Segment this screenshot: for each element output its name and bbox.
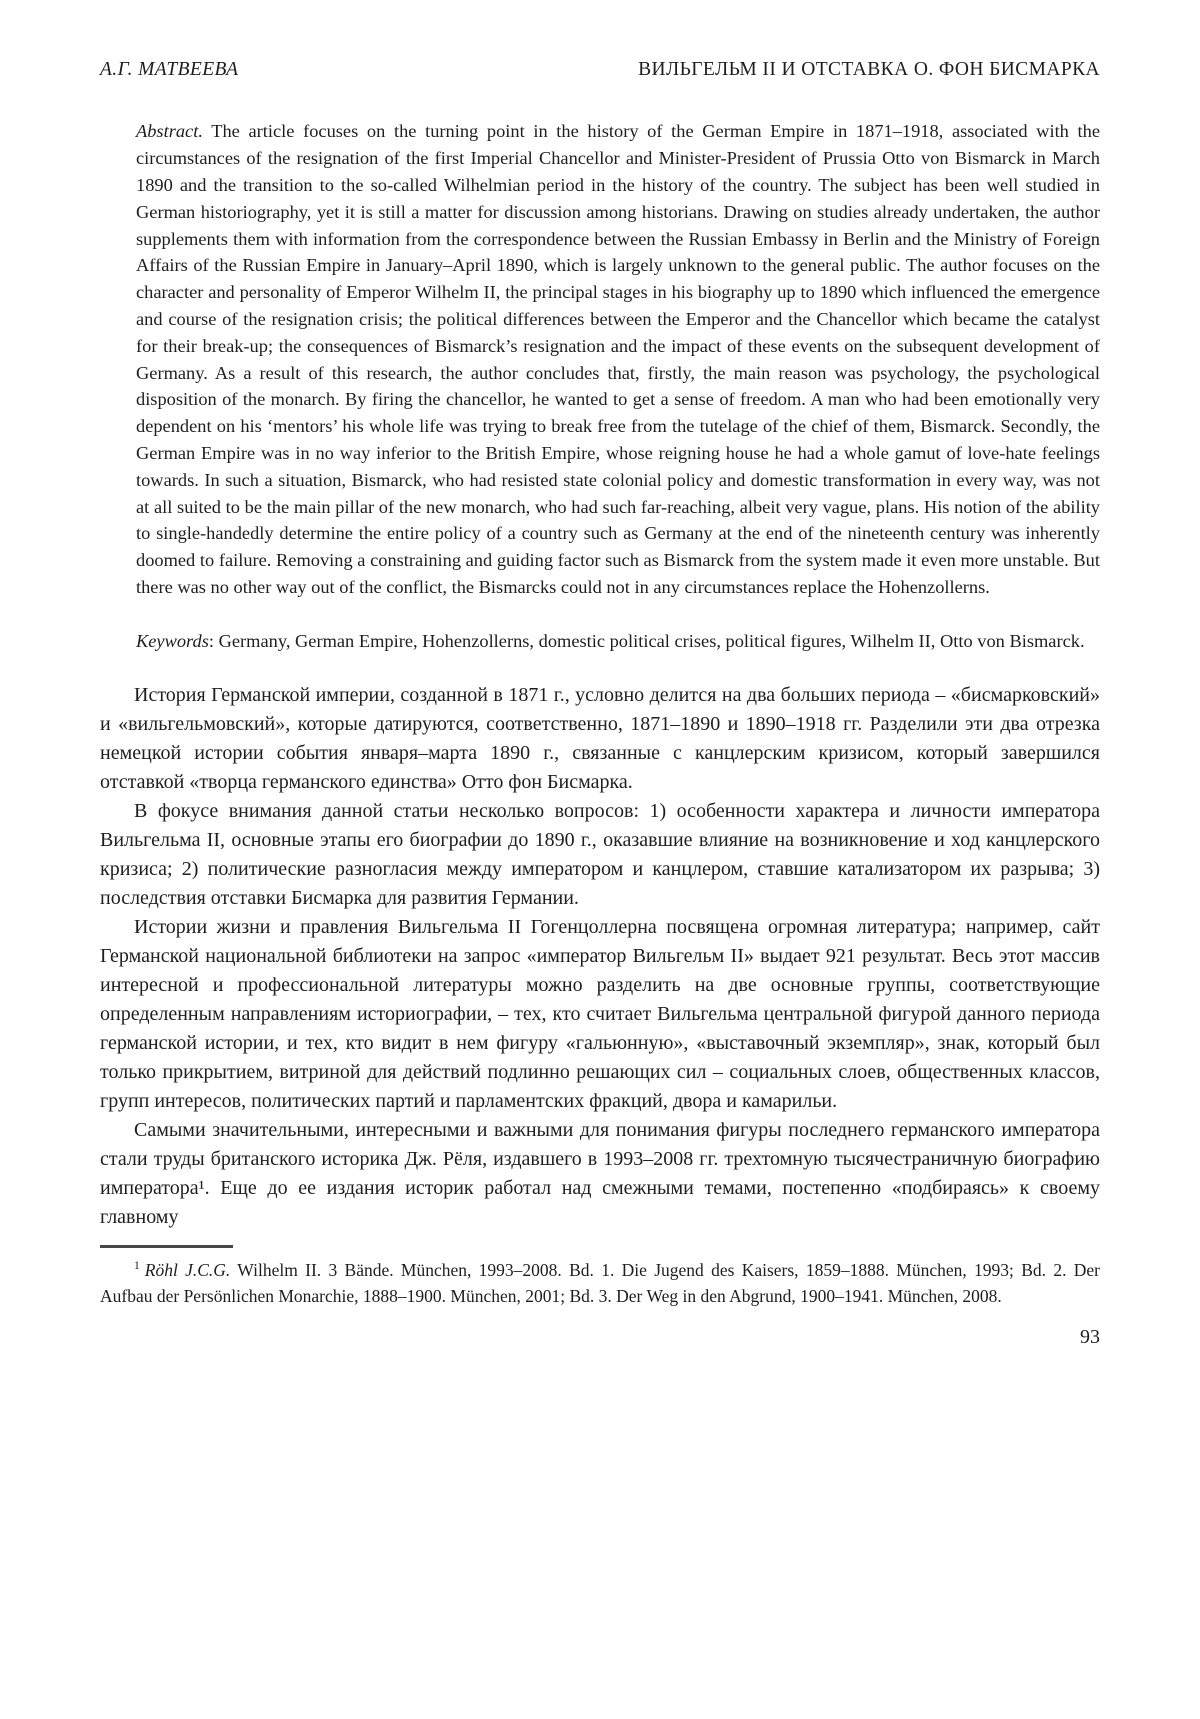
document-page: А.Г. МАТВЕЕВА ВИЛЬГЕЛЬМ II И ОТСТАВКА О.…: [0, 0, 1200, 1719]
body-paragraph: Самыми значительными, интересными и важн…: [100, 1116, 1100, 1232]
abstract-section: Abstract. The article focuses on the tur…: [136, 118, 1100, 600]
footnote-divider: [100, 1245, 233, 1248]
keywords-text: : Germany, German Empire, Hohenzollerns,…: [209, 631, 1085, 651]
article-body: История Германской империи, созданной в …: [100, 681, 1100, 1232]
abstract-text: The article focuses on the turning point…: [136, 121, 1100, 597]
running-head-author: А.Г. МАТВЕЕВА: [100, 58, 238, 82]
body-paragraph: Истории жизни и правления Вильгельма II …: [100, 913, 1100, 1116]
footnote-source: Röhl J.C.G.: [145, 1260, 231, 1280]
page-number: 93: [100, 1326, 1100, 1349]
footnote-paragraph: 1Röhl J.C.G. Wilhelm II. 3 Bände. Münche…: [100, 1257, 1100, 1309]
running-head-title: ВИЛЬГЕЛЬМ II И ОТСТАВКА О. ФОН БИСМАРКА: [638, 58, 1100, 82]
abstract-paragraph: Abstract. The article focuses on the tur…: [136, 118, 1100, 600]
abstract-label: Abstract.: [136, 121, 203, 141]
footnote-marker: 1: [134, 1260, 140, 1272]
keywords-paragraph: Keywords: Germany, German Empire, Hohenz…: [136, 628, 1100, 655]
footnote: 1Röhl J.C.G. Wilhelm II. 3 Bände. Münche…: [100, 1257, 1100, 1309]
footnote-text: Wilhelm II. 3 Bände. München, 1993–2008.…: [100, 1260, 1100, 1306]
keywords-label: Keywords: [136, 631, 209, 651]
keywords-section: Keywords: Germany, German Empire, Hohenz…: [136, 628, 1100, 655]
body-paragraph: В фокусе внимания данной статьи нескольк…: [100, 797, 1100, 913]
running-header: А.Г. МАТВЕЕВА ВИЛЬГЕЛЬМ II И ОТСТАВКА О.…: [100, 58, 1100, 82]
body-paragraph: История Германской империи, созданной в …: [100, 681, 1100, 797]
